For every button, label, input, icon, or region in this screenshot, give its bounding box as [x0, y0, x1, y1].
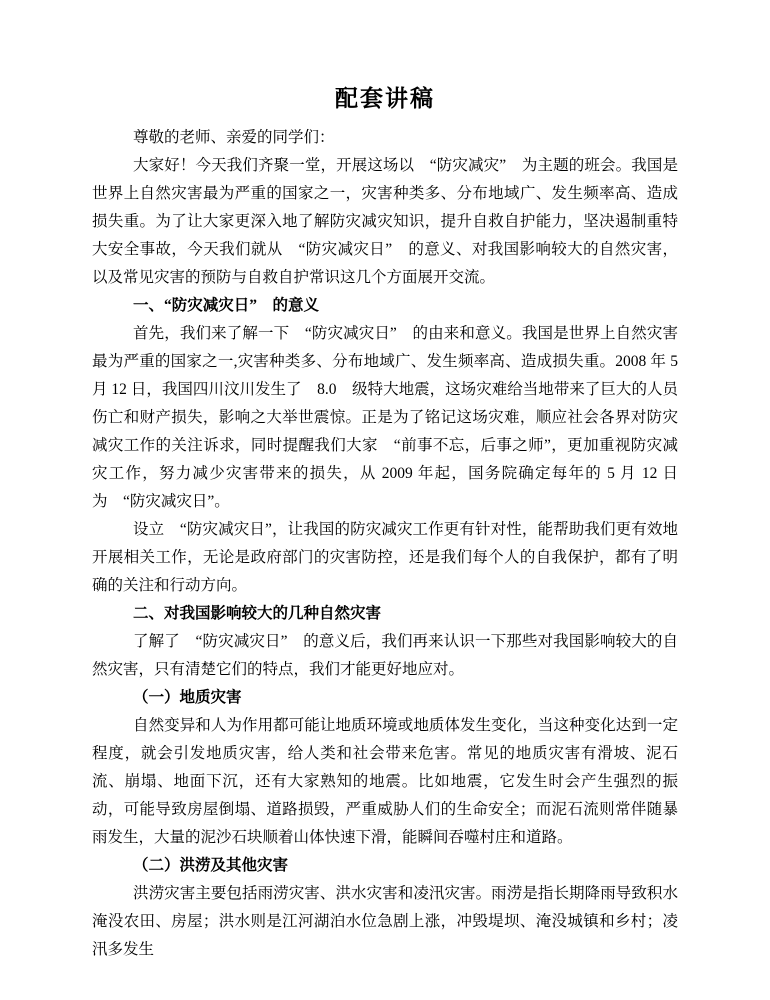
document-title: 配套讲稿 — [92, 84, 678, 114]
paragraph-salutation: 尊敬的老师、亲爱的同学们： — [92, 124, 678, 152]
paragraph-purpose: 设立 “防灾减灾日”，让我国的防灾减灾工作更有针对性，能帮助我们更有效地开展相关… — [92, 516, 678, 600]
paragraph-origin: 首先，我们来了解一下 “防灾减灾日” 的由来和意义。我国是世界上自然灾害最为严重… — [92, 320, 678, 516]
paragraph-transition: 了解了 “防灾减灾日” 的意义后，我们再来认识一下那些对我国影响较大的自然灾害，… — [92, 628, 678, 684]
subsection-heading-flood: （二）洪涝及其他灾害 — [92, 852, 678, 880]
section-heading-meaning: 一、“防灾减灾日” 的意义 — [92, 292, 678, 320]
subsection-heading-geological: （一）地质灾害 — [92, 684, 678, 712]
paragraph-flood: 洪涝灾害主要包括雨涝灾害、洪水灾害和凌汛灾害。雨涝是指长期降雨导致积水淹没农田、… — [92, 880, 678, 964]
paragraph-geological: 自然变异和人为作用都可能让地质环境或地质体发生变化，当这种变化达到一定程度，就会… — [92, 712, 678, 852]
paragraph-opening: 大家好！今天我们齐聚一堂，开展这场以 “防灾减灾” 为主题的班会。我国是世界上自… — [92, 152, 678, 292]
document-page: 配套讲稿 尊敬的老师、亲爱的同学们： 大家好！今天我们齐聚一堂，开展这场以 “防… — [0, 0, 770, 1000]
section-heading-disasters: 二、对我国影响较大的几种自然灾害 — [92, 600, 678, 628]
